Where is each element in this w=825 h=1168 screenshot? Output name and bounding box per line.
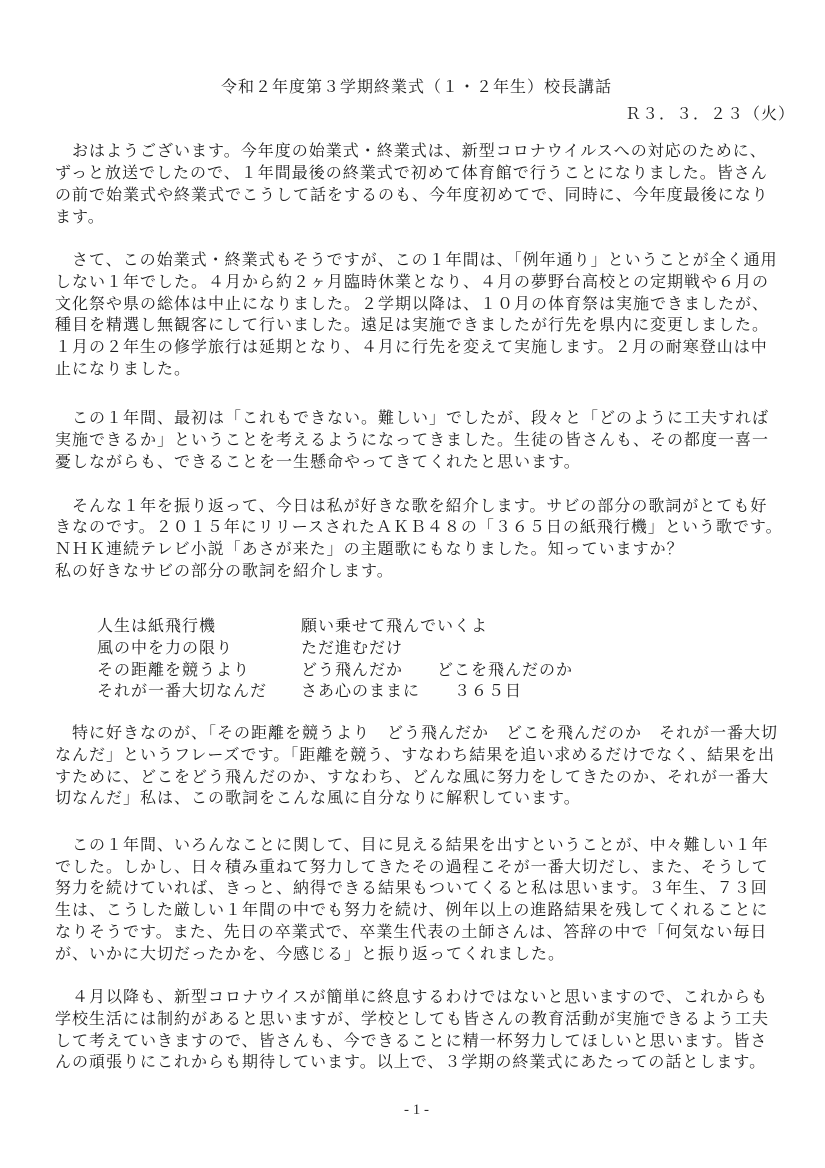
paragraph-closing: ４月以降も、新型コロナウイスが簡単に終息するわけではないと思いますので、これから…: [55, 987, 795, 1074]
song-lyrics: 人生は紙飛行機 願い乗せて飛んでいくよ 風の中を力の限り ただ進むだけ その距離…: [55, 616, 795, 703]
paragraph-cancelled-events: さて、この始業式・終業式もそうですが、この１年間は、「例年通り」ということが全く…: [55, 250, 795, 380]
paragraph-favorite-phrase: 特に好きなのが、「その距離を競うより どう飛んだか どこを飛んだのか それが一番…: [55, 723, 795, 810]
page-number: - 1 -: [55, 1100, 778, 1120]
paragraph-greeting: おはようございます。今年度の始業式・終業式は、新型コロナウイルスへの対応のために…: [55, 141, 795, 228]
paragraph-mindset-shift: この１年間、最初は「これもできない。難しい」でしたが、段々と「どのように工夫すれ…: [55, 408, 795, 473]
document-page: 令和２年度第３学期終業式（１・２年生）校長講話 Ｒ３．３．２３（火） おはようご…: [0, 0, 825, 1168]
paragraph-song-introduction: そんな１年を振り返って、今日は私が好きな歌を紹介します。サビの部分の歌詞がとても…: [55, 496, 795, 583]
document-date: Ｒ３．３．２３（火）: [55, 104, 795, 126]
document-title: 令和２年度第３学期終業式（１・２年生）校長講話: [55, 77, 778, 99]
paragraph-effort-results: この１年間、いろんなことに関して、目に見える結果を出すということが、中々難しい１…: [55, 835, 795, 965]
